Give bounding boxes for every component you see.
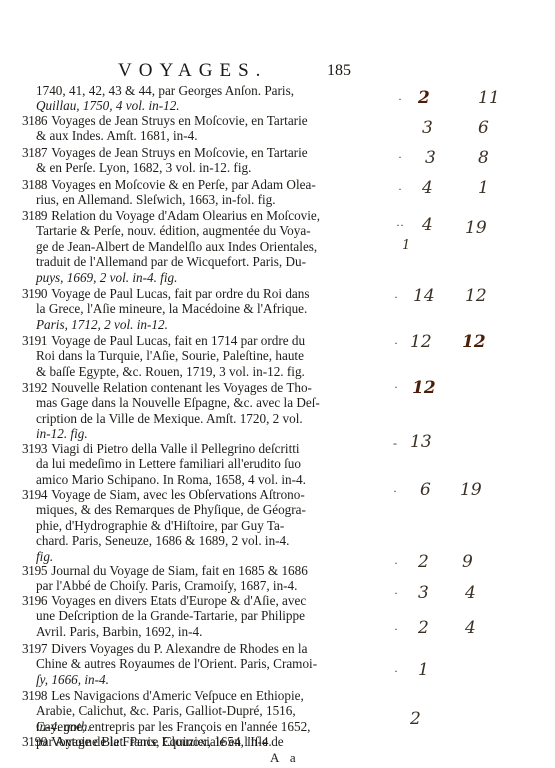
- entry-line: Voyage de Paul Lucas, fait par ordre du …: [51, 286, 309, 301]
- margin-price-second: 9: [462, 552, 473, 572]
- catalogue-entry: 3191Voyage de Paul Lucas, fait en 1714 p…: [22, 333, 367, 379]
- entry-line: Relation du Voyage d'Adam Olearius en Mo…: [51, 208, 320, 223]
- margin-dot: ·: [394, 380, 398, 395]
- margin-price-first: 14: [413, 286, 435, 306]
- catalogue-entry: 3195Journal du Voyage de Siam, fait en 1…: [22, 563, 367, 594]
- entry-line: in-12. fig.: [22, 426, 367, 441]
- margin-price-first: 3: [422, 118, 433, 138]
- entry-line: mas Gage dans la Nouvelle Eſpagne, &c. a…: [22, 395, 367, 410]
- entry-line: Paris, 1712, 2 vol. in-12.: [22, 317, 367, 332]
- catalogue-entry: 3194Voyage de Siam, avec les Obſervation…: [22, 487, 367, 564]
- entry-line: rius, en Allemand. Sleſwich, 1663, in-fo…: [22, 192, 367, 207]
- margin-dot: ··: [396, 218, 404, 233]
- entry-line: traduit de l'Allemand par de Wicquefort.…: [22, 254, 367, 269]
- margin-price-second: 1: [478, 178, 489, 198]
- entry-line: Nouvelle Relation contenant les Voyages …: [51, 380, 312, 395]
- entry-line: & en Perſe. Lyon, 1682, 3 vol. in-12. fi…: [22, 160, 367, 175]
- entry-line: Viagi di Pietro della Valle il Pellegrin…: [51, 441, 299, 456]
- entry-line: fig.: [22, 549, 367, 564]
- lot-number: 3192: [22, 380, 47, 395]
- margin-price-first: 4: [422, 215, 433, 235]
- margin-dot: ·: [394, 622, 398, 637]
- margin-price-first: 2: [418, 88, 430, 108]
- catalogue-entry: 3196Voyages en divers Etats d'Europe & d…: [22, 593, 367, 639]
- page-number: 185: [327, 62, 351, 80]
- entry-line: ſy, 1666, in-4.: [22, 672, 367, 687]
- margin-price-first: 2: [418, 618, 429, 638]
- entry-line: 1740, 41, 42, 43 & 44, par Georges Anſon…: [22, 83, 367, 98]
- entry-line: & baſſe Egypte, &c. Rouen, 1719, 3 vol. …: [22, 364, 367, 379]
- signature-mark: A a: [270, 750, 300, 766]
- lot-number: 3187: [22, 145, 47, 160]
- margin-dot: ·: [394, 556, 398, 571]
- catalogue-entry: 3192Nouvelle Relation contenant les Voya…: [22, 380, 367, 442]
- entry-line: Roi dans la Turquie, l'Aſie, Sourie, Pal…: [22, 348, 367, 363]
- entry-line: Voyage de Siam, avec les Obſervations Aſ…: [51, 487, 305, 502]
- margin-price-extra: 1: [402, 238, 410, 253]
- margin-price-first: 12: [410, 332, 432, 352]
- margin-price-second: 19: [460, 480, 482, 500]
- entry-line: la Grece, l'Aſie mineure, la Macédoine &…: [22, 301, 367, 316]
- margin-price-second: 12: [462, 332, 486, 352]
- entry-line: par Antoine Biet. Paris, Clouzier, 1654,…: [36, 734, 381, 749]
- entry-line: cription de la Ville de Mexique. Amſt. 1…: [22, 411, 367, 426]
- margin-price-second: 11: [478, 88, 500, 108]
- margin-dot: ·: [394, 664, 398, 679]
- catalogue-entry-continuation: Cayenne, entrepris par les François en l…: [36, 719, 381, 750]
- entry-line: miques, & des Remarques de Phyſique, de …: [22, 502, 367, 517]
- lot-number: 3191: [22, 333, 47, 348]
- lot-number: 3194: [22, 487, 47, 502]
- entry-line: Voyages de Jean Struys en Moſcovie, en T…: [51, 145, 307, 160]
- margin-dot: ·: [393, 484, 397, 499]
- catalogue-entry: 3197Divers Voyages du P. Alexandre de Rh…: [22, 641, 367, 687]
- entry-line: Voyages en divers Etats d'Europe & d'Aſi…: [51, 593, 306, 608]
- catalogue-entry: 3187Voyages de Jean Struys en Moſcovie, …: [22, 145, 367, 176]
- entry-line: da lui medeſimo in Lettere familiari all…: [22, 456, 367, 471]
- catalogue-entry: 3188Voyages en Moſcovie & en Perſe, par …: [22, 177, 367, 208]
- running-title: VOYAGES.: [118, 60, 267, 82]
- entry-line: Avril. Paris, Barbin, 1692, in-4.: [22, 624, 367, 639]
- margin-price-second: 19: [465, 218, 487, 238]
- entry-line: Voyage de Paul Lucas, fait en 1714 par o…: [51, 333, 305, 348]
- catalogue-entry: 3186Voyages de Jean Struys en Moſcovie, …: [22, 113, 367, 144]
- entry-line: Journal du Voyage de Siam, fait en 1685 …: [51, 563, 308, 578]
- margin-price-second: 4: [465, 583, 476, 603]
- catalogue-page: VOYAGES. 185 1740, 41, 42, 43 & 44, par …: [0, 0, 555, 768]
- entry-line: Divers Voyages du P. Alexandre de Rhodes…: [51, 641, 307, 656]
- entry-line: Quillau, 1750, 4 vol. in-12.: [22, 98, 367, 113]
- entry-line: Chine & autres Royaumes de l'Orient. Par…: [22, 656, 367, 671]
- entry-line: amico Mario Schipano. In Roma, 1658, 4 v…: [22, 472, 367, 487]
- margin-price-first: 12: [412, 378, 436, 398]
- margin-price-first: 13: [410, 432, 432, 452]
- entry-line: Voyages en Moſcovie & en Perſe, par Adam…: [51, 177, 316, 192]
- margin-dot: ·: [398, 182, 402, 197]
- catalogue-entry: 3189Relation du Voyage d'Adam Olearius e…: [22, 208, 367, 285]
- lot-number: 3190: [22, 286, 47, 301]
- margin-price-second: 6: [478, 118, 489, 138]
- lot-number: 3196: [22, 593, 47, 608]
- entry-line: phie, d'Hydrographie & d'Hiſtoire, par G…: [22, 518, 367, 533]
- entry-line: une Deſcription de la Grande-Tartarie, p…: [22, 608, 367, 623]
- entry-line: chard. Paris, Seneuze, 1686 & 1689, 2 vo…: [22, 533, 367, 548]
- catalogue-entry: 1740, 41, 42, 43 & 44, par Georges Anſon…: [22, 83, 367, 114]
- margin-dot: -: [393, 436, 397, 451]
- margin-dot: ·: [394, 336, 398, 351]
- entry-line: Les Navigacions d'Americ Veſpuce en Ethi…: [51, 688, 304, 703]
- margin-price-first: 3: [418, 583, 429, 603]
- margin-price-first: 4: [422, 178, 433, 198]
- lot-number: 3198: [22, 688, 47, 703]
- margin-price-first: 2: [418, 552, 429, 572]
- margin-price-first: 6: [420, 480, 431, 500]
- entry-line: ge de Jean-Albert de Mandelſlo aux Indes…: [22, 239, 367, 254]
- lot-number: 3193: [22, 441, 47, 456]
- lot-number: 3189: [22, 208, 47, 223]
- catalogue-entry: 3190Voyage de Paul Lucas, fait par ordre…: [22, 286, 367, 332]
- margin-price-second: 8: [478, 148, 489, 168]
- page-header: VOYAGES. 185: [0, 60, 555, 84]
- lot-number: 3197: [22, 641, 47, 656]
- margin-price-second: 4: [465, 618, 476, 638]
- margin-dot: ·: [398, 92, 402, 107]
- entry-line: Voyages de Jean Struys en Moſcovie, en T…: [51, 113, 307, 128]
- entry-line: Arabie, Calichut, &c. Paris, Galliot-Dup…: [22, 703, 367, 718]
- entry-line: puys, 1669, 2 vol. in-4. fig.: [22, 270, 367, 285]
- entry-line: par l'Abbé de Choiſy. Paris, Cramoiſy, 1…: [22, 578, 367, 593]
- catalogue-entry: 3193Viagi di Pietro della Valle il Pelle…: [22, 441, 367, 487]
- margin-dot: ·: [394, 586, 398, 601]
- lot-number: 3186: [22, 113, 47, 128]
- entry-line: Cayenne, entrepris par les François en l…: [36, 719, 381, 734]
- lot-number: 3195: [22, 563, 47, 578]
- margin-dot: ·: [398, 150, 402, 165]
- margin-dot: ·: [394, 290, 398, 305]
- margin-price-second: 12: [465, 286, 487, 306]
- entry-line: & aux Indes. Amſt. 1681, in-4.: [22, 128, 367, 143]
- margin-price-first: 1: [418, 660, 429, 680]
- margin-price-first: 3: [425, 148, 436, 168]
- margin-price-first: 2: [410, 709, 421, 729]
- entry-line: Tartarie & Perſe, nouv. édition, augment…: [22, 223, 367, 238]
- lot-number: 3188: [22, 177, 47, 192]
